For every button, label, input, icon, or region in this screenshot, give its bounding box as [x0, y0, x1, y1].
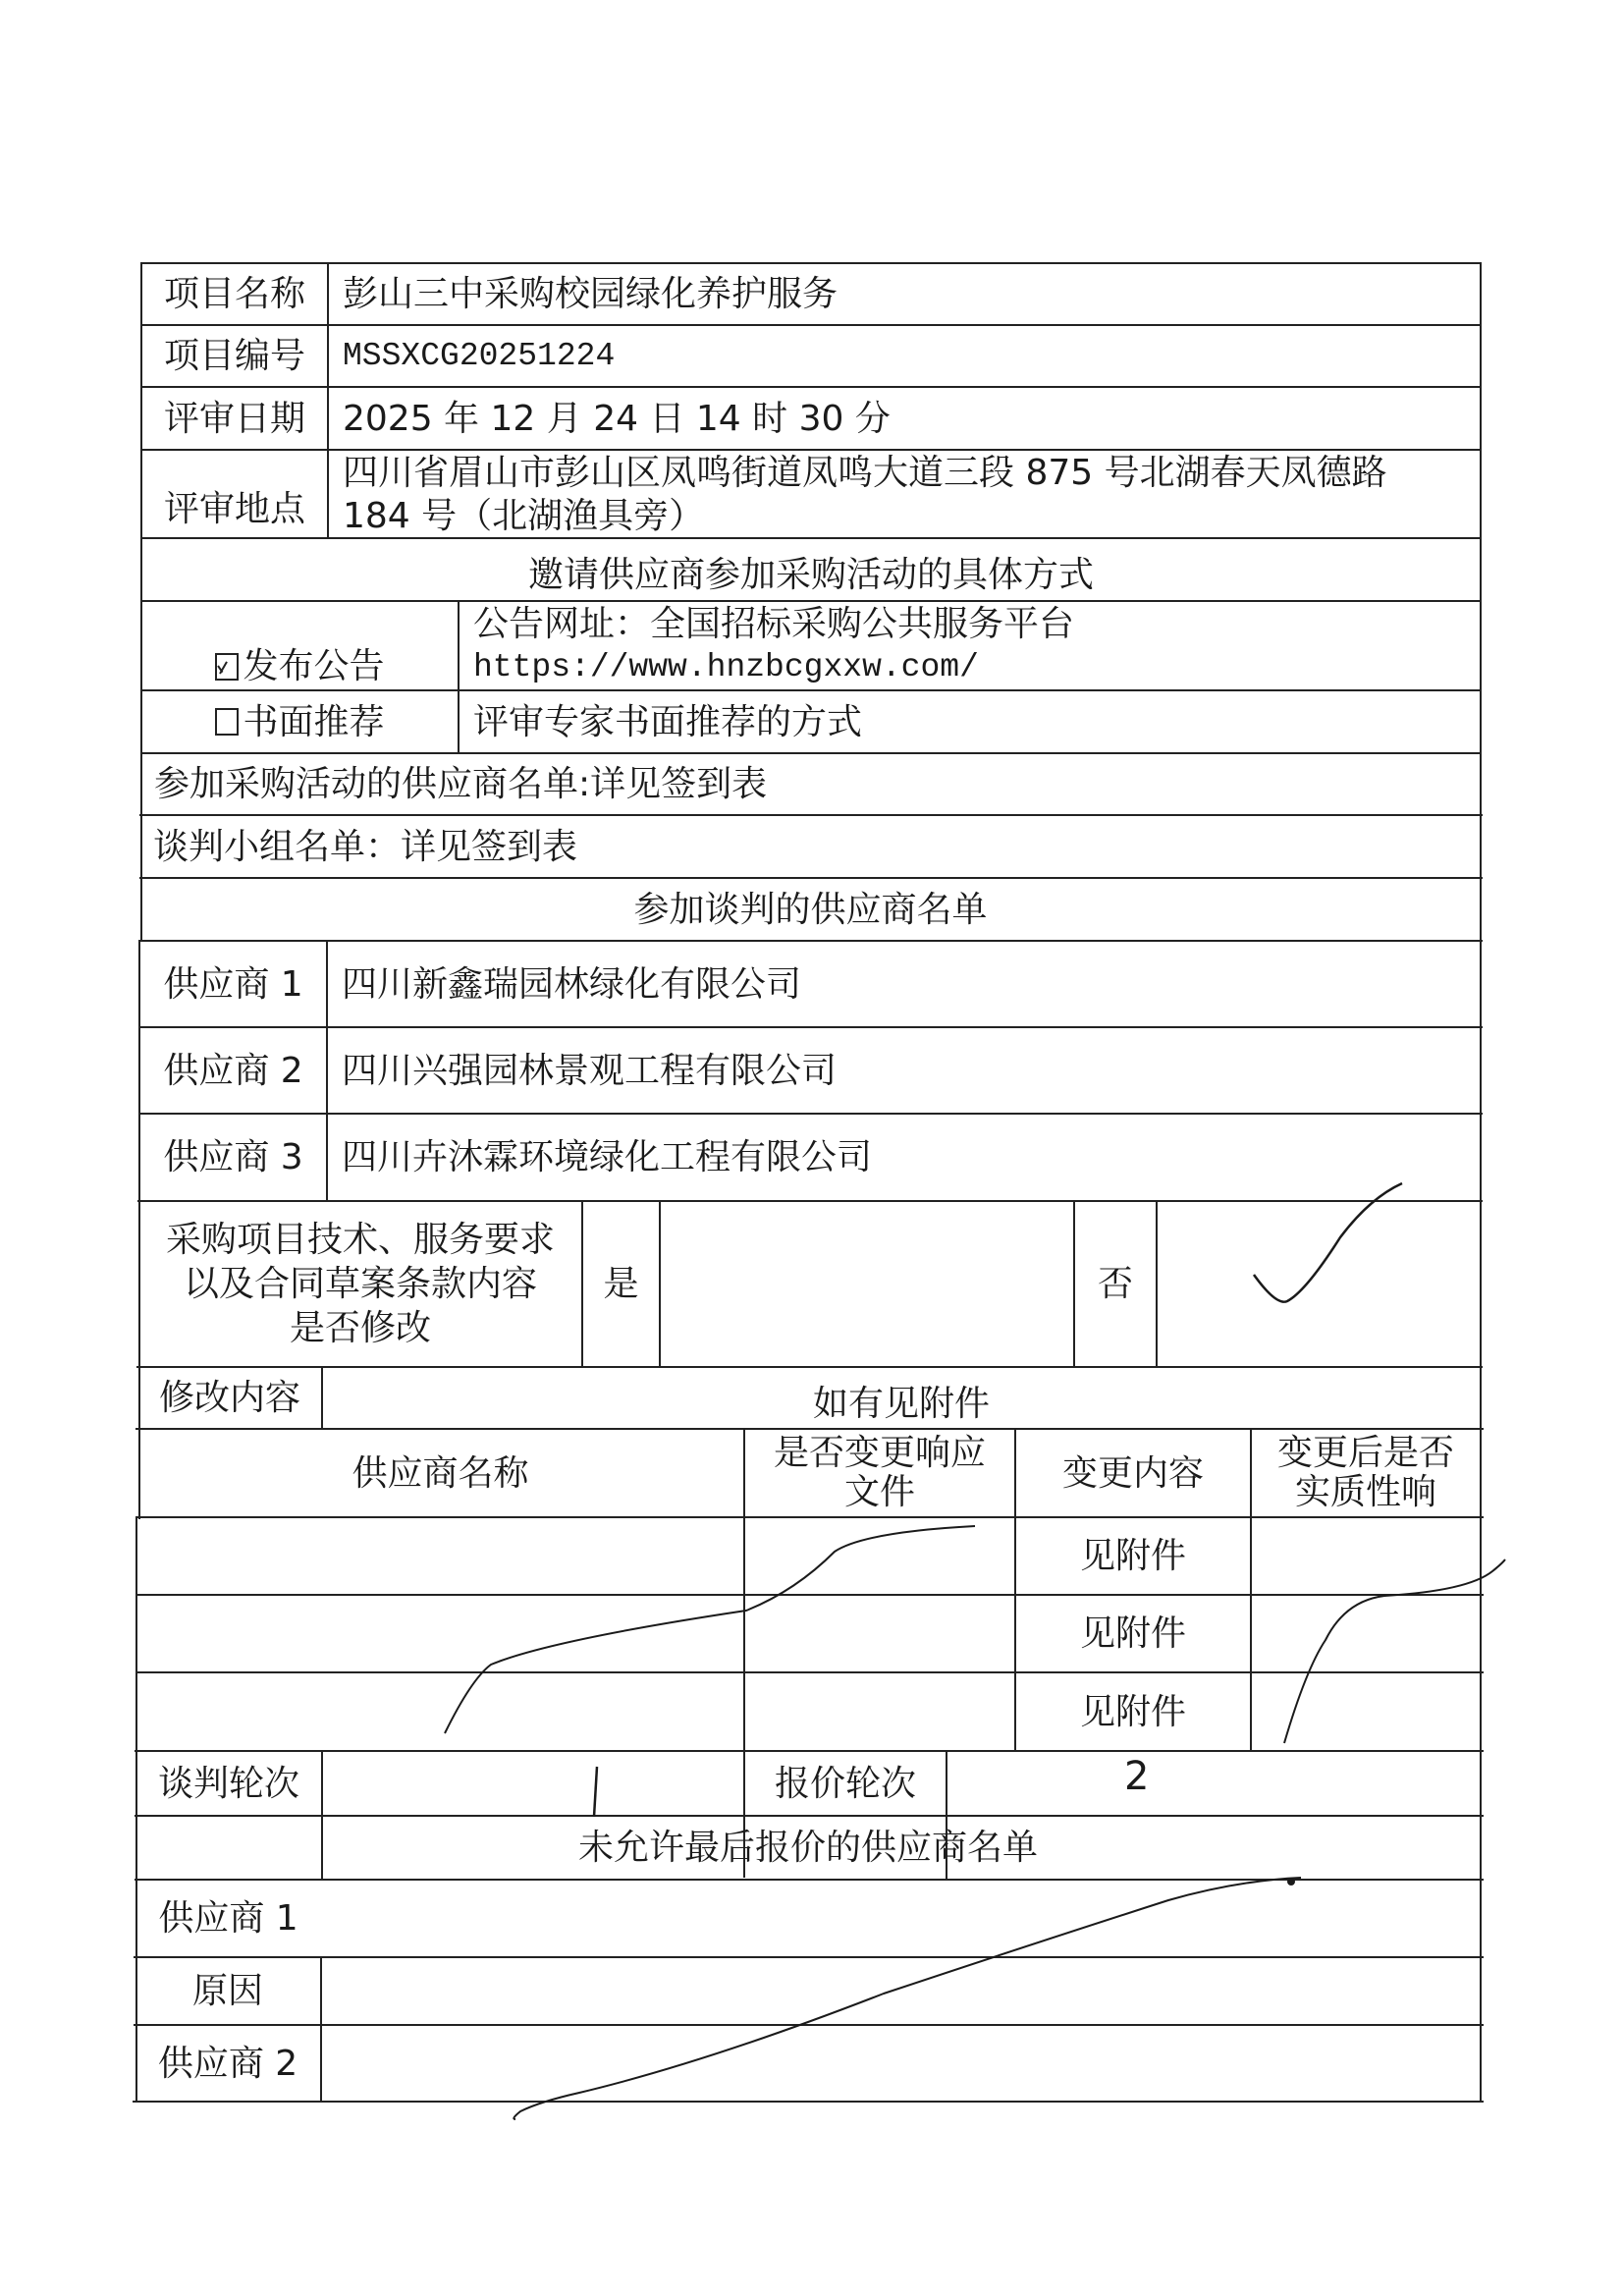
header-substantive-response: 变更后是否 实质性响 — [1252, 1430, 1480, 1516]
option-written-recommendation[interactable]: 书面推荐 — [142, 691, 458, 752]
supplier-3-name: 四川卉沐霖环境绿化工程有限公司 — [328, 1115, 1480, 1200]
supplier-1-label: 供应商 1 — [140, 942, 326, 1026]
review-date-value: 2025 年 12 月 24 日 14 时 30 分 — [329, 388, 1478, 449]
participant-list-note: 参加采购活动的供应商名单:详见签到表 — [142, 754, 1480, 814]
change-row-2-content: 见附件 — [1016, 1596, 1250, 1671]
no-label: 否 — [1075, 1202, 1156, 1366]
header-change-content: 变更内容 — [1016, 1430, 1250, 1516]
project-number-label: 项目编号 — [142, 326, 327, 386]
excluded-supplier-1-label: 供应商 1 — [135, 1881, 321, 1956]
supplier-2-name: 四川兴强园林景观工程有限公司 — [328, 1028, 1480, 1113]
checkbox-checked-icon[interactable] — [215, 653, 239, 681]
modification-content-label: 修改内容 — [138, 1368, 321, 1428]
review-location-line2: 184 号（北湖渔具旁） — [329, 494, 1478, 537]
yes-answer-cell[interactable] — [661, 1202, 1073, 1366]
reason-label: 原因 — [135, 1958, 320, 2024]
negotiation-rounds-label: 谈判轮次 — [136, 1752, 321, 1815]
table-border — [140, 537, 1482, 539]
change-row-3-changed[interactable] — [745, 1673, 1014, 1750]
supplier-2-label: 供应商 2 — [140, 1028, 326, 1113]
header-line: 变更后是否 — [1277, 1434, 1454, 1473]
document-page: 项目名称 彭山三中采购校园绿化养护服务 项目编号 MSSXCG20251224 … — [0, 0, 1623, 2296]
table-border — [133, 2101, 1484, 2103]
quote-rounds-value[interactable] — [947, 1752, 1480, 1815]
yes-label: 是 — [583, 1202, 659, 1366]
review-date-label: 评审日期 — [142, 388, 327, 449]
invitation-section-title: 邀请供应商参加采购活动的具体方式 — [142, 549, 1480, 600]
excluded-supplier-1-value[interactable] — [323, 1881, 1480, 1956]
header-changed-response: 是否变更响应 文件 — [745, 1430, 1014, 1516]
change-row-3-content: 见附件 — [1016, 1673, 1250, 1750]
option-publish-announcement[interactable]: 发布公告 — [142, 643, 458, 689]
project-name-label: 项目名称 — [142, 264, 327, 324]
change-row-1-substantive[interactable] — [1252, 1518, 1480, 1594]
change-row-2-changed[interactable] — [745, 1596, 1014, 1671]
excluded-supplier-2-value[interactable] — [322, 2026, 1480, 2101]
question-line-2: 以及合同草案条款内容 — [184, 1262, 537, 1306]
announcement-site-line: 公告网址：全国招标采购公共服务平台 — [460, 602, 1478, 645]
reason-value[interactable] — [322, 1958, 1480, 2024]
supplier-1-name: 四川新鑫瑞园林绿化有限公司 — [328, 942, 1480, 1026]
no-answer-cell[interactable] — [1158, 1202, 1480, 1366]
supplier-3-label: 供应商 3 — [140, 1115, 326, 1200]
change-row-2-supplier[interactable] — [137, 1596, 743, 1671]
modification-question-label: 采购项目技术、服务要求 以及合同草案条款内容 是否修改 — [139, 1202, 581, 1366]
project-number-value: MSSXCG20251224 — [329, 326, 1478, 386]
table-border — [1480, 262, 1482, 2103]
header-line: 文件 — [844, 1473, 915, 1512]
change-row-3-substantive[interactable] — [1252, 1673, 1480, 1750]
panel-list-note: 谈判小组名单：详见签到表 — [141, 816, 1480, 877]
question-line-1: 采购项目技术、服务要求 — [166, 1218, 555, 1262]
table-border — [136, 1366, 1483, 1368]
announcement-url[interactable]: https://www.hnzbcgxxw.com/ — [460, 645, 1478, 689]
review-location-line1: 四川省眉山市彭山区凤鸣街道凤鸣大道三段 875 号北湖春天凤德路 — [329, 451, 1478, 494]
change-row-1-changed[interactable] — [745, 1518, 1014, 1594]
header-line: 实质性响 — [1295, 1473, 1436, 1512]
negotiation-rounds-value[interactable] — [323, 1752, 743, 1815]
excluded-supplier-2-label: 供应商 2 — [135, 2026, 320, 2101]
change-row-1-supplier[interactable] — [137, 1518, 743, 1594]
negotiating-suppliers-title: 参加谈判的供应商名单 — [141, 879, 1480, 940]
option-label: 发布公告 — [243, 644, 384, 688]
header-supplier-name: 供应商名称 — [137, 1430, 743, 1516]
checkbox-unchecked-icon[interactable] — [215, 708, 239, 736]
not-allowed-final-quote-title: 未允许最后报价的供应商名单 — [136, 1817, 1480, 1879]
modification-content-value: 如有见附件 — [323, 1380, 1480, 1428]
written-recommendation-detail: 评审专家书面推荐的方式 — [460, 691, 1478, 752]
question-line-3: 是否修改 — [290, 1306, 431, 1350]
change-row-2-substantive[interactable] — [1252, 1596, 1480, 1671]
review-location-label: 评审地点 — [142, 481, 327, 537]
change-row-1-content: 见附件 — [1016, 1518, 1250, 1594]
option-label: 书面推荐 — [243, 700, 384, 744]
quote-rounds-label: 报价轮次 — [745, 1752, 946, 1815]
change-row-3-supplier[interactable] — [137, 1673, 743, 1750]
header-line: 是否变更响应 — [774, 1434, 986, 1473]
project-name-value: 彭山三中采购校园绿化养护服务 — [329, 264, 1478, 324]
